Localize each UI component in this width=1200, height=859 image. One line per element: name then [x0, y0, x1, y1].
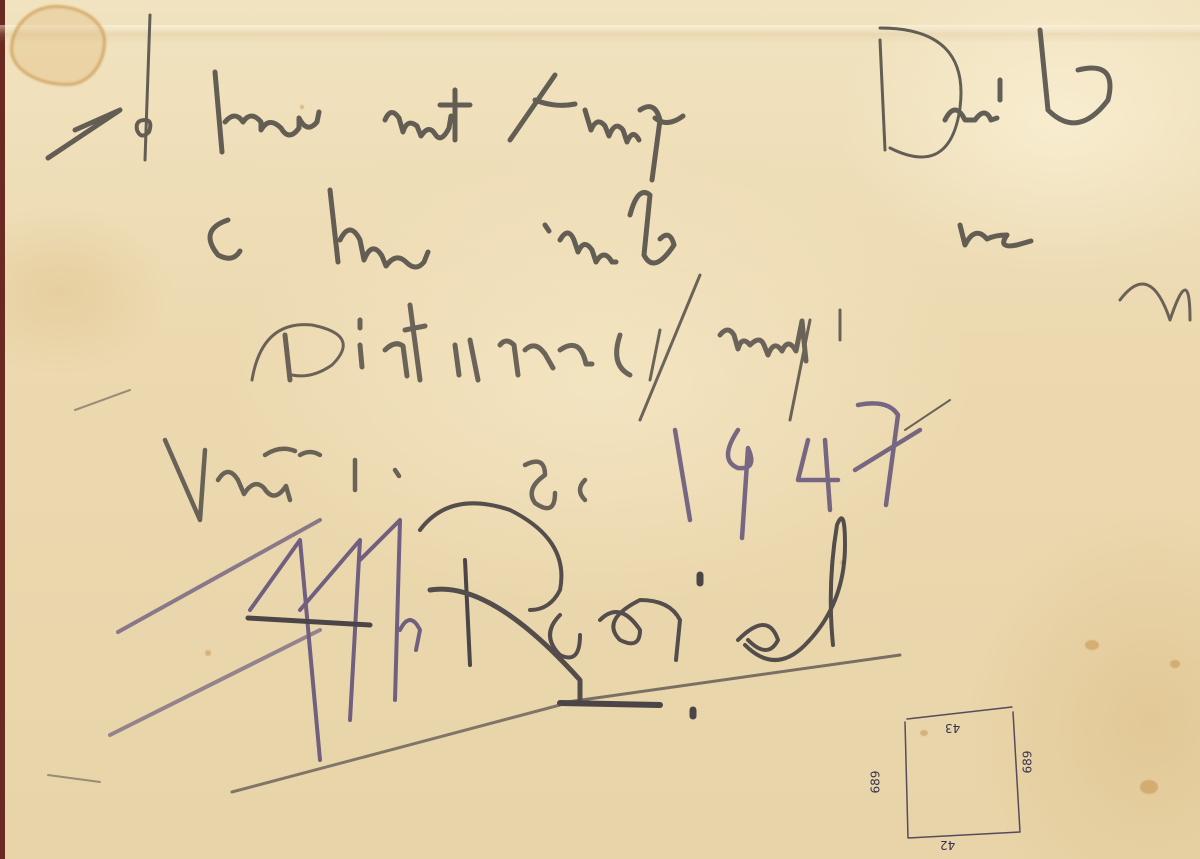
handwriting-line-4 [165, 400, 950, 538]
box-note-right: 689 [1020, 751, 1034, 774]
signature [110, 503, 900, 792]
box-note-bottom: 42 [940, 838, 955, 852]
handwriting-line-1 [48, 15, 1110, 180]
dedication-photo: Ao meu muito Amigo Danilo e meu émulo na… [0, 0, 1200, 859]
box-note-top: 43 [945, 721, 960, 735]
box-note-left: 689 [868, 771, 882, 794]
dimension-box [905, 707, 1020, 838]
handwriting-line-2 [210, 190, 1031, 267]
handwriting [0, 0, 1200, 859]
handwriting-line-3 [252, 275, 1190, 420]
stray-marks [48, 390, 130, 782]
